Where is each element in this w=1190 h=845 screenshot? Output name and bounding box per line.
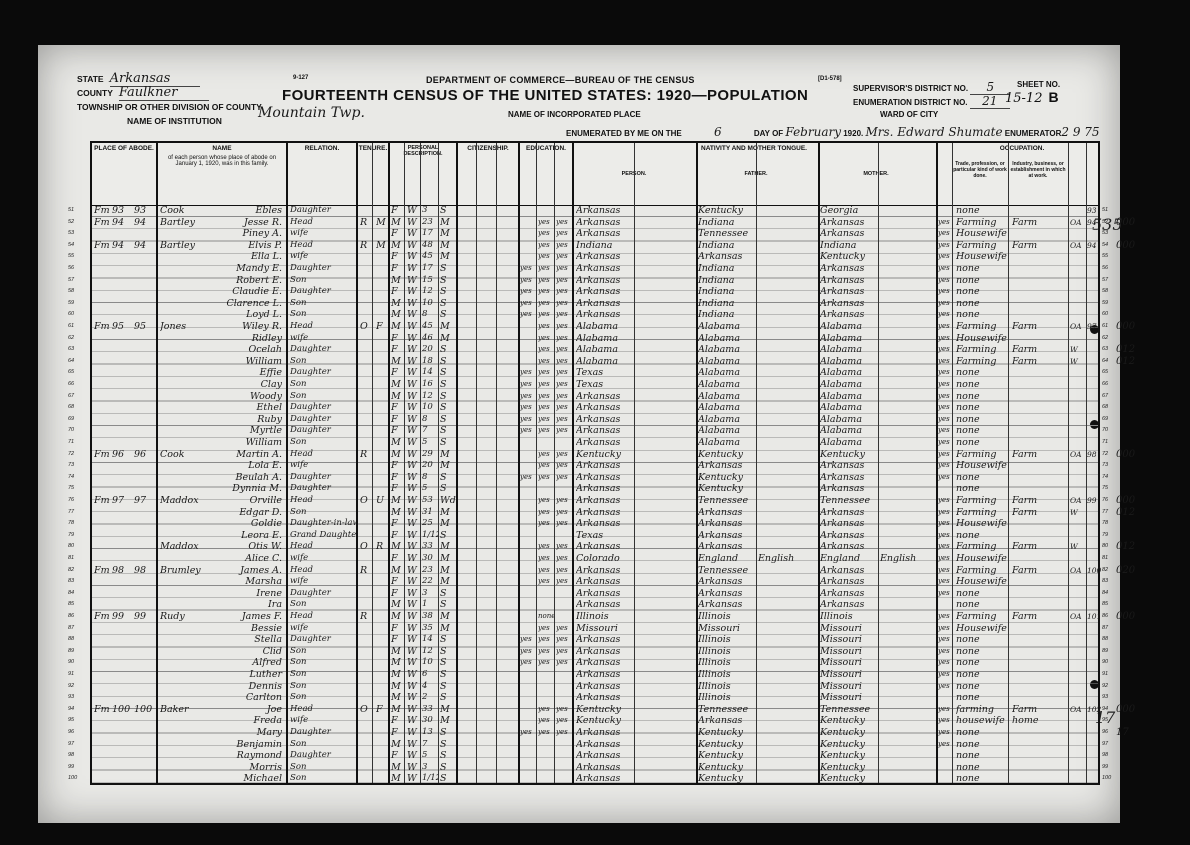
relation: wife [290,460,356,472]
occupation: none [956,286,1008,298]
occupation: none [956,692,1008,704]
marital-status: M [440,217,456,229]
person-birthplace: Texas [576,379,634,391]
attended-school: yes [520,472,536,484]
table-row: 92 Dennis Son M W 4 S Arkansas Illinois … [92,681,1098,693]
mother-birthplace: Arkansas [820,298,878,310]
occupation: none [956,657,1008,669]
mother-birthplace: Arkansas [820,460,878,472]
relation: wife [290,333,356,345]
table-row: 64 William Son M W 18 S yes yes Alabama … [92,356,1098,368]
race: W [407,286,419,298]
marital-status: S [440,681,456,693]
given-name: Ethel [216,402,286,414]
person-birthplace: Arkansas [576,727,634,739]
sex: F [391,414,403,426]
age: 20 [422,460,438,472]
speaks-english: yes [938,565,952,577]
person-birthplace: Arkansas [576,565,634,577]
race: W [407,275,419,287]
table-row: 69 Ruby Daughter F W 8 S yes yes yes Ark… [92,414,1098,426]
given-name: Beulah A. [216,472,286,484]
line-number-right: 91 [1102,669,1108,681]
line-number-right: 72 [1102,449,1108,461]
marital-status: M [440,611,456,623]
line-number: 86 [68,611,74,623]
age: 30 [422,553,438,565]
line-number: 63 [68,344,74,356]
race: W [407,263,419,275]
age: 48 [422,240,438,252]
race: W [407,681,419,693]
line-number: 55 [68,251,74,263]
father-birthplace: Kentucky [698,762,756,774]
line-number-right: 60 [1102,309,1108,321]
given-name: Clay [216,379,286,391]
line-number-right: 100 [1102,773,1111,785]
sex: M [391,298,403,310]
sex: M [391,275,403,287]
able-to-read: yes [538,704,554,716]
industry: Farm [1012,565,1068,577]
farm-schedule: 100 [1087,565,1101,577]
attended-school: yes [520,286,536,298]
tenure: O [360,321,372,333]
street-cell: Fm [94,240,110,252]
employer-class: OA [1070,240,1086,252]
father-birthplace: Arkansas [698,576,756,588]
line-number-right: 78 [1102,518,1108,530]
able-to-read: yes [538,251,554,263]
table-row: 98 Raymond Daughter F W 5 S Arkansas Ken… [92,750,1098,762]
father-birthplace: Kentucky [698,750,756,762]
race: W [407,704,419,716]
marital-status: M [440,518,456,530]
employer-class: W [1070,344,1086,356]
able-to-write: yes [556,217,572,229]
employer-class: W [1070,356,1086,368]
able-to-write: yes [556,356,572,368]
table-row: 80 Maddox Otis W. Head O R M W 33 M yes … [92,541,1098,553]
occupation: none [956,773,1008,785]
person-birthplace: Indiana [576,240,634,252]
line-number: 97 [68,739,74,751]
father-tongue: English [758,553,816,565]
attended-school: yes [520,414,536,426]
age: 12 [422,646,438,658]
occupation: none [956,681,1008,693]
industry: Farm [1012,344,1068,356]
age: 10 [422,402,438,414]
able-to-read: yes [538,367,554,379]
street-cell: Fm [94,205,110,217]
relation: Grand Daughter [290,530,356,542]
given-name: Lola E. [216,460,286,472]
able-to-write: yes [556,727,572,739]
person-birthplace: Arkansas [576,402,634,414]
line-number-right: 95 [1102,715,1108,727]
person-birthplace: Arkansas [576,425,634,437]
tenure: O [360,704,372,716]
age: 15 [422,275,438,287]
table-row: 93 Carlton Son M W 2 S Arkansas Illinois… [92,692,1098,704]
given-name: Goldie [216,518,286,530]
speaks-english: yes [938,507,952,519]
race: W [407,623,419,635]
person-birthplace: Arkansas [576,588,634,600]
street-cell: Fm [94,704,110,716]
able-to-read: yes [538,228,554,240]
able-to-write: yes [556,309,572,321]
speaks-english: yes [938,588,952,600]
farm-schedule: 93 [1087,205,1101,217]
mother-birthplace: Arkansas [820,576,878,588]
age: 46 [422,333,438,345]
line-number-right: 64 [1102,356,1108,368]
street-cell: Fm [94,565,110,577]
industry: Farm [1012,321,1068,333]
person-birthplace: Arkansas [576,773,634,785]
table-row: 59 Clarence L. Son M W 10 S yes yes yes … [92,298,1098,310]
marital-status: S [440,309,456,321]
line-number: 61 [68,321,74,333]
table-row: 54 Fm 94 94 Bartley Elvis P. Head R M M … [92,240,1098,252]
father-birthplace: Arkansas [698,715,756,727]
family-number: 96 [134,449,154,461]
age: 45 [422,251,438,263]
line-number-right: 71 [1102,437,1108,449]
speaks-english: yes [938,217,952,229]
given-name: Woody [216,391,286,403]
given-name: Edgar D. [216,507,286,519]
race: W [407,646,419,658]
given-name: Robert E. [216,275,286,287]
occupation: Housewife [956,228,1008,240]
marital-status: S [440,657,456,669]
marital-status: S [440,437,456,449]
able-to-read: yes [538,402,554,414]
father-birthplace: Tennessee [698,704,756,716]
sex: F [391,715,403,727]
father-birthplace: Kentucky [698,727,756,739]
able-to-read: yes [538,715,554,727]
sex: M [391,599,403,611]
given-name: Carlton [216,692,286,704]
father-birthplace: Indiana [698,240,756,252]
mother-birthplace: Kentucky [820,727,878,739]
sex: M [391,356,403,368]
able-to-read: yes [538,460,554,472]
able-to-write: yes [556,449,572,461]
street-cell: Fm [94,611,110,623]
line-number-right: 61 [1102,321,1108,333]
line-number-right: 53 [1102,228,1108,240]
relation: Daughter [290,402,356,414]
father-birthplace: Arkansas [698,507,756,519]
speaks-english: yes [938,541,952,553]
surname: Maddox [160,495,212,507]
race: W [407,483,419,495]
speaks-english: yes [938,553,952,565]
department-title: DEPARTMENT OF COMMERCE—BUREAU OF THE CEN… [426,75,695,85]
marital-status: S [440,634,456,646]
district-header: SUPERVISOR'S DISTRICT NO. 5 ENUMERATION … [853,80,1010,108]
person-birthplace: Arkansas [576,739,634,751]
farm-schedule: 94 [1087,240,1101,252]
able-to-write: yes [556,263,572,275]
state-line: STATEArkansas [77,72,262,86]
relation: Son [290,309,356,321]
able-to-write: yes [556,240,572,252]
line-number-right: 56 [1102,263,1108,275]
father-birthplace: Alabama [698,356,756,368]
person-birthplace: Colorado [576,553,634,565]
home-owned: R [376,541,388,553]
ward-label: WARD OF CITY [880,110,938,119]
occupation: Housewife [956,623,1008,635]
marital-status: M [440,460,456,472]
age: 12 [422,391,438,403]
relation: Son [290,379,356,391]
line-number-right: 52 [1102,217,1108,229]
mother-birthplace: Kentucky [820,773,878,785]
given-name: Luther [216,669,286,681]
farm-schedule: 102 [1087,704,1101,716]
family-number: 94 [134,240,154,252]
marital-status: S [440,275,456,287]
occupation: Farming [956,507,1008,519]
marital-status: S [440,391,456,403]
table-row: 56 Mandy E. Daughter F W 17 S yes yes ye… [92,263,1098,275]
father-birthplace: Indiana [698,309,756,321]
able-to-write: yes [556,298,572,310]
father-birthplace: Tennessee [698,228,756,240]
marital-status: S [440,402,456,414]
person-birthplace: Arkansas [576,414,634,426]
father-birthplace: Illinois [698,611,756,623]
mother-birthplace: Missouri [820,692,878,704]
age: 3 [422,762,438,774]
employer-class: OA [1070,611,1086,623]
given-name: James A. [216,565,286,577]
marital-status: S [440,356,456,368]
mother-birthplace: Kentucky [820,449,878,461]
occupation: Farming [956,356,1008,368]
father-birthplace: Tennessee [698,565,756,577]
table-row: 90 Alfred Son M W 10 S yes yes yes Arkan… [92,657,1098,669]
able-to-read: yes [538,333,554,345]
occupation: none [956,379,1008,391]
given-name: Joe [216,704,286,716]
person-birthplace: Texas [576,530,634,542]
relation: Head [290,321,356,333]
race: W [407,553,419,565]
speaks-english: yes [938,449,952,461]
given-name: Clarence L. [216,298,286,310]
mother-birthplace: Alabama [820,367,878,379]
employer-class: W [1070,541,1086,553]
father-birthplace: Indiana [698,263,756,275]
father-birthplace: Arkansas [698,588,756,600]
marital-status: M [440,623,456,635]
marital-status: S [440,773,456,785]
line-number: 57 [68,275,74,287]
race: W [407,309,419,321]
relation: Son [290,669,356,681]
employer-class: OA [1070,321,1086,333]
age: 16 [422,379,438,391]
able-to-read: yes [538,495,554,507]
speaks-english: yes [938,576,952,588]
able-to-read: yes [538,275,554,287]
line-number-right: 90 [1102,657,1108,669]
father-birthplace: Illinois [698,681,756,693]
marital-status: M [440,541,456,553]
relation: Head [290,495,356,507]
relation: Daughter [290,263,356,275]
marital-status: S [440,205,456,217]
family-number: 94 [134,217,154,229]
occupation: none [956,599,1008,611]
father-birthplace: Illinois [698,692,756,704]
person-birthplace: Arkansas [576,692,634,704]
speaks-english: yes [938,298,952,310]
marital-status: S [440,727,456,739]
given-name: Ridley [216,333,286,345]
line-number-right: 51 [1102,205,1108,217]
occupation: none [956,414,1008,426]
age: 10 [422,298,438,310]
age: 38 [422,611,438,623]
person-birthplace: Arkansas [576,275,634,287]
table-row: 97 Benjamin Son M W 7 S Arkansas Kentuck… [92,739,1098,751]
able-to-write: yes [556,657,572,669]
surname: Cook [160,449,212,461]
occupation: none [956,425,1008,437]
speaks-english: yes [938,611,952,623]
sex: F [391,472,403,484]
speaks-english: yes [938,275,952,287]
mother-birthplace: Tennessee [820,495,878,507]
person-birthplace: Arkansas [576,657,634,669]
line-number-right: 69 [1102,414,1108,426]
margin-code: 012 [1116,507,1146,519]
line-number-right: 92 [1102,681,1108,693]
given-name: Alice C. [216,553,286,565]
able-to-read: yes [538,565,554,577]
margin-code: 012 [1116,356,1146,368]
occupation: none [956,391,1008,403]
father-birthplace: Alabama [698,379,756,391]
mother-birthplace: Missouri [820,681,878,693]
relation: Daughter [290,414,356,426]
sex: F [391,634,403,646]
line-number: 58 [68,286,74,298]
able-to-read: yes [538,507,554,519]
industry: home [1012,715,1068,727]
occupation: none [956,739,1008,751]
able-to-write: yes [556,715,572,727]
speaks-english: yes [938,228,952,240]
industry: Farm [1012,449,1068,461]
line-number-right: 97 [1102,739,1108,751]
age: 14 [422,367,438,379]
age: 8 [422,309,438,321]
age: 7 [422,739,438,751]
marital-status: M [440,565,456,577]
employer-class: W [1070,507,1086,519]
age: 20 [422,344,438,356]
margin-code: 020 [1116,565,1146,577]
father-birthplace: Illinois [698,657,756,669]
able-to-read: yes [538,727,554,739]
line-number: 69 [68,414,74,426]
race: W [407,333,419,345]
tenure: R [360,611,372,623]
industry: Farm [1012,611,1068,623]
sex: M [391,449,403,461]
form-number: 9-127 [293,75,308,81]
sex: M [391,681,403,693]
able-to-read: yes [538,646,554,658]
marital-status: S [440,762,456,774]
sex: F [391,205,403,217]
mother-birthplace: Arkansas [820,599,878,611]
margin-code: 000 [1116,495,1146,507]
race: W [407,518,419,530]
able-to-write: yes [556,507,572,519]
able-to-read: yes [538,263,554,275]
father-birthplace: Illinois [698,669,756,681]
relation: wife [290,553,356,565]
margin-code: 000 [1116,449,1146,461]
marital-status: S [440,588,456,600]
relation: Son [290,692,356,704]
dwelling-number: 98 [112,565,132,577]
line-number: 93 [68,692,74,704]
person-birthplace: Arkansas [576,286,634,298]
relation: Son [290,437,356,449]
speaks-english: yes [938,460,952,472]
speaks-english: yes [938,309,952,321]
mother-birthplace: Arkansas [820,483,878,495]
supervisor-district: SUPERVISOR'S DISTRICT NO. 5 [853,80,1010,94]
speaks-english: yes [938,657,952,669]
line-number-right: 68 [1102,402,1108,414]
speaks-english: yes [938,367,952,379]
speaks-english: yes [938,669,952,681]
line-number-right: 83 [1102,576,1108,588]
speaks-english: yes [938,681,952,693]
family-number: 98 [134,565,154,577]
tenure: R [360,240,372,252]
father-birthplace: Indiana [698,286,756,298]
age: 2 [422,692,438,704]
line-number-right: 74 [1102,472,1108,484]
race: W [407,541,419,553]
occupation: Farming [956,611,1008,623]
county-line: COUNTYFaulkner [77,86,262,100]
occupation: Housewife [956,576,1008,588]
person-birthplace: Arkansas [576,251,634,263]
marital-status: M [440,240,456,252]
sex: M [391,704,403,716]
speaks-english: yes [938,646,952,658]
person-birthplace: Arkansas [576,263,634,275]
age: 1/12 [422,773,438,785]
line-number: 51 [68,205,74,217]
sex: M [391,669,403,681]
